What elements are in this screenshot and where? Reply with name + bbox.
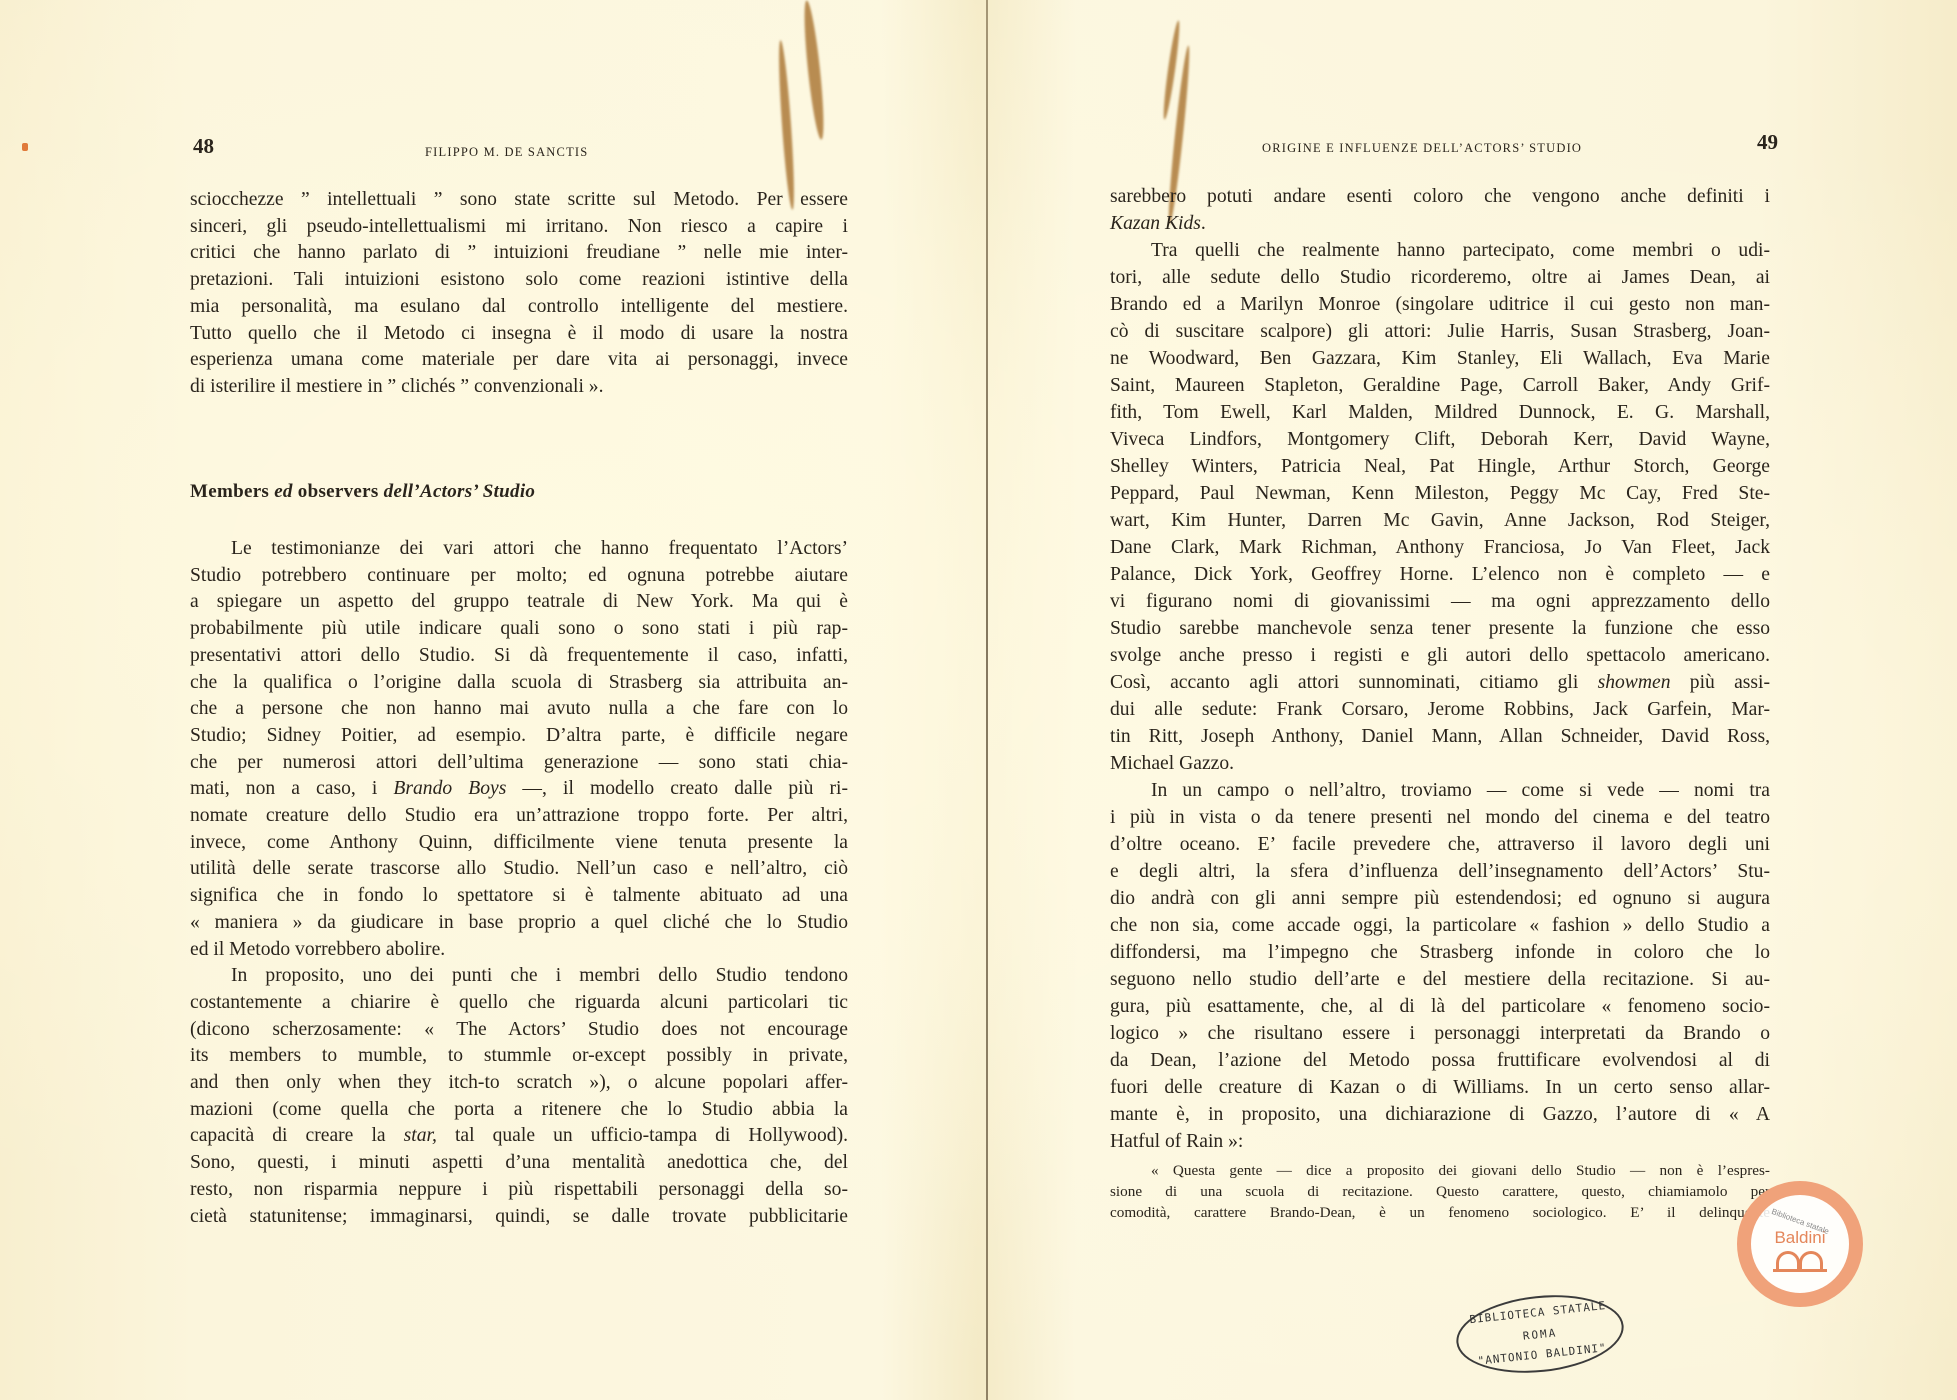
text-line: vi figurano nomi di giovanissimi — ma og… xyxy=(1110,588,1770,615)
library-logo-badge: Biblioteca statale Baldini xyxy=(1737,1181,1863,1307)
heading-part-italic: ed xyxy=(274,481,293,502)
heading-part: observers xyxy=(298,481,379,502)
text-run: —, il modello creato dalle più ri- xyxy=(506,778,848,799)
text-line: Studio potrebbero continuare per molto; … xyxy=(190,563,848,590)
text-line: « maniera » da giudicare in base proprio… xyxy=(190,910,848,937)
text-line: presentativi attori dello Studio. Si dà … xyxy=(190,643,848,670)
text-line: sarebbero potuti andare esenti coloro ch… xyxy=(1110,183,1770,210)
text-line: probabilmente più utile indicare quali s… xyxy=(190,616,848,643)
text-line: utilità delle serate trascorse allo Stud… xyxy=(190,856,848,883)
book-gutter xyxy=(986,0,988,1400)
margin-mark xyxy=(22,143,28,151)
text-line: mia personalità, ma esulano dal controll… xyxy=(190,294,848,321)
page-number: 48 xyxy=(193,134,214,159)
text-line: (dicono scherzosamente: « The Actors’ St… xyxy=(190,1017,848,1044)
heading-part: Members xyxy=(190,481,269,502)
text-line: Viveca Lindfors, Montgomery Clift, Debor… xyxy=(1110,426,1770,453)
text-line: sinceri, gli pseudo-intellettualismi mi … xyxy=(190,214,848,241)
text-line: mati, non a caso, i Brando Boys —, il mo… xyxy=(190,776,848,803)
text-line: In un campo o nell’altro, troviamo — com… xyxy=(1110,777,1770,804)
running-head: Origine e influenze dell’Actors’ Studio xyxy=(1262,141,1582,156)
text-run: mati, non a caso, i xyxy=(190,778,393,799)
text-line: cietà statunitense; immaginarsi, quindi,… xyxy=(190,1204,848,1231)
text-line: Michael Gazzo. xyxy=(1110,750,1770,777)
text-line: logico » che risultano essere i personag… xyxy=(1110,1020,1770,1047)
text-line: In proposito, uno dei punti che i membri… xyxy=(190,963,848,990)
text-line: Studio sarebbe manchevole senza tener pr… xyxy=(1110,615,1770,642)
text-line: dui alle sedute: Frank Corsaro, Jerome R… xyxy=(1110,696,1770,723)
text-line: che per numerosi attori dell’ultima gene… xyxy=(190,750,848,777)
text-line: e degli altri, la sfera d’influenza dell… xyxy=(1110,858,1770,885)
text-line: Così, accanto agli attori sunnominati, c… xyxy=(1110,669,1770,696)
text-line: cò di suscitare scalpore) gli attori: Ju… xyxy=(1110,318,1770,345)
text-line: Tutto quello che il Metodo ci insegna è … xyxy=(190,321,848,348)
page-number: 49 xyxy=(1757,130,1778,155)
text-run: più assi- xyxy=(1671,672,1771,693)
text-line: ed il Metodo vorrebbero abolire. xyxy=(190,937,848,964)
text-line: wart, Kim Hunter, Darren Mc Gavin, Anne … xyxy=(1110,507,1770,534)
text-line: Palance, Dick York, Geoffrey Horne. L’el… xyxy=(1110,561,1770,588)
text-run: tal quale un ufficio-tampa di Hollywood)… xyxy=(437,1125,848,1146)
text-run: Così, accanto agli attori sunnominati, c… xyxy=(1110,672,1598,693)
text-line: Kazan Kids. xyxy=(1110,210,1770,237)
text-line: critici che hanno parlato di ” intuizion… xyxy=(190,240,848,267)
quote-line: « Questa gente — dice a proposito dei gi… xyxy=(1110,1160,1770,1181)
text-line: significa che in fondo lo spettatore si … xyxy=(190,883,848,910)
quote-line: sione di una scuola di recitazione. Ques… xyxy=(1110,1181,1770,1202)
text-line: seguono nello studio dell’arte e del mes… xyxy=(1110,966,1770,993)
text-line: Tra quelli che realmente hanno partecipa… xyxy=(1110,237,1770,264)
text-line: che a persone che non hanno mai avuto nu… xyxy=(190,696,848,723)
text-line: resto, non risparmia neppure i più rispe… xyxy=(190,1177,848,1204)
text-line: Saint, Maureen Stapleton, Geraldine Page… xyxy=(1110,372,1770,399)
text-line: gura, più esattamente, che, al di là del… xyxy=(1110,993,1770,1020)
text-line: svolge anche presso i registi e gli auto… xyxy=(1110,642,1770,669)
text-line: pretazioni. Tali intuizioni esistono sol… xyxy=(190,267,848,294)
text-line: mazioni (come quella che porta a ritener… xyxy=(190,1097,848,1124)
text-line: costantemente a chiarire è quello che ri… xyxy=(190,990,848,1017)
text-run: . xyxy=(1201,213,1206,234)
text-line: fith, Tom Ewell, Karl Malden, Mildred Du… xyxy=(1110,399,1770,426)
text-line: tori, alle sedute dello Studio ricordere… xyxy=(1110,264,1770,291)
text-line: Dane Clark, Mark Richman, Anthony Franci… xyxy=(1110,534,1770,561)
section-heading: Members ed observers dell’Actors’ Studio xyxy=(190,481,535,503)
italic-run: star, xyxy=(404,1125,437,1146)
text-line: che non sia, come accade oggi, la partic… xyxy=(1110,912,1770,939)
text-line: fuori delle creature di Kazan o di Willi… xyxy=(1110,1074,1770,1101)
text-line: mante è, in proposito, una dichiarazione… xyxy=(1110,1101,1770,1128)
text-line: Le testimonianze dei vari attori che han… xyxy=(190,536,848,563)
text-line: ne Woodward, Ben Gazzara, Kim Stanley, E… xyxy=(1110,345,1770,372)
text-line: Shelley Winters, Patricia Neal, Pat Hing… xyxy=(1110,453,1770,480)
heading-part-italic: dell’Actors’ Studio xyxy=(384,481,536,502)
body-text: Le testimonianze dei vari attori che han… xyxy=(190,536,848,1230)
text-line: Sono, questi, i minuti aspetti d’una men… xyxy=(190,1150,848,1177)
text-line: i più in vista o da tenere presenti nel … xyxy=(1110,804,1770,831)
text-line: dio andrà con gli anni sempre più estend… xyxy=(1110,885,1770,912)
italic-run: Kazan Kids xyxy=(1110,213,1201,234)
italic-run: showmen xyxy=(1598,672,1671,693)
text-line: invece, come Anthony Quinn, difficilment… xyxy=(190,830,848,857)
text-line: nomate creature dello Studio era un’attr… xyxy=(190,803,848,830)
text-line: Brando ed a Marilyn Monroe (singolare ud… xyxy=(1110,291,1770,318)
quote-line: comodità, carattere Brando-Dean, è un fe… xyxy=(1110,1202,1770,1223)
opening-paragraph: sciocchezze ” intellettuali ” sono state… xyxy=(190,187,848,401)
text-line: a spiegare un aspetto del gruppo teatral… xyxy=(190,589,848,616)
text-run: capacità di creare la xyxy=(190,1125,404,1146)
text-line: tin Ritt, Joseph Anthony, Daniel Mann, A… xyxy=(1110,723,1770,750)
text-line: d’oltre oceano. E’ facile prevedere che,… xyxy=(1110,831,1770,858)
text-line: diffondersi, ma l’impegno che Strasberg … xyxy=(1110,939,1770,966)
text-line: esperienza umana come materiale per dare… xyxy=(190,347,848,374)
text-line: and then only when they itch-to scratch … xyxy=(190,1070,848,1097)
italic-run: Brando Boys xyxy=(393,778,506,799)
double-arch-b-icon xyxy=(1773,1250,1827,1272)
text-line: sciocchezze ” intellettuali ” sono state… xyxy=(190,187,848,214)
text-line: Peppard, Paul Newman, Kenn Mileston, Peg… xyxy=(1110,480,1770,507)
text-line: capacità di creare la star, tal quale un… xyxy=(190,1123,848,1150)
body-text: sarebbero potuti andare esenti coloro ch… xyxy=(1110,183,1770,1155)
text-line: che la qualifica o l’origine dalla scuol… xyxy=(190,670,848,697)
text-line: Hatful of Rain »: xyxy=(1110,1128,1770,1155)
text-line: its members to mumble, to stummle or-exc… xyxy=(190,1043,848,1070)
text-line: da Dean, l’azione del Metodo possa frutt… xyxy=(1110,1047,1770,1074)
text-line: di isterilire il mestiere in ” clichés ”… xyxy=(190,374,848,401)
block-quote: « Questa gente — dice a proposito dei gi… xyxy=(1110,1160,1770,1223)
text-line: Studio; Sidney Poitier, ad esempio. D’al… xyxy=(190,723,848,750)
running-head: Filippo M. de Sanctis xyxy=(425,145,588,160)
